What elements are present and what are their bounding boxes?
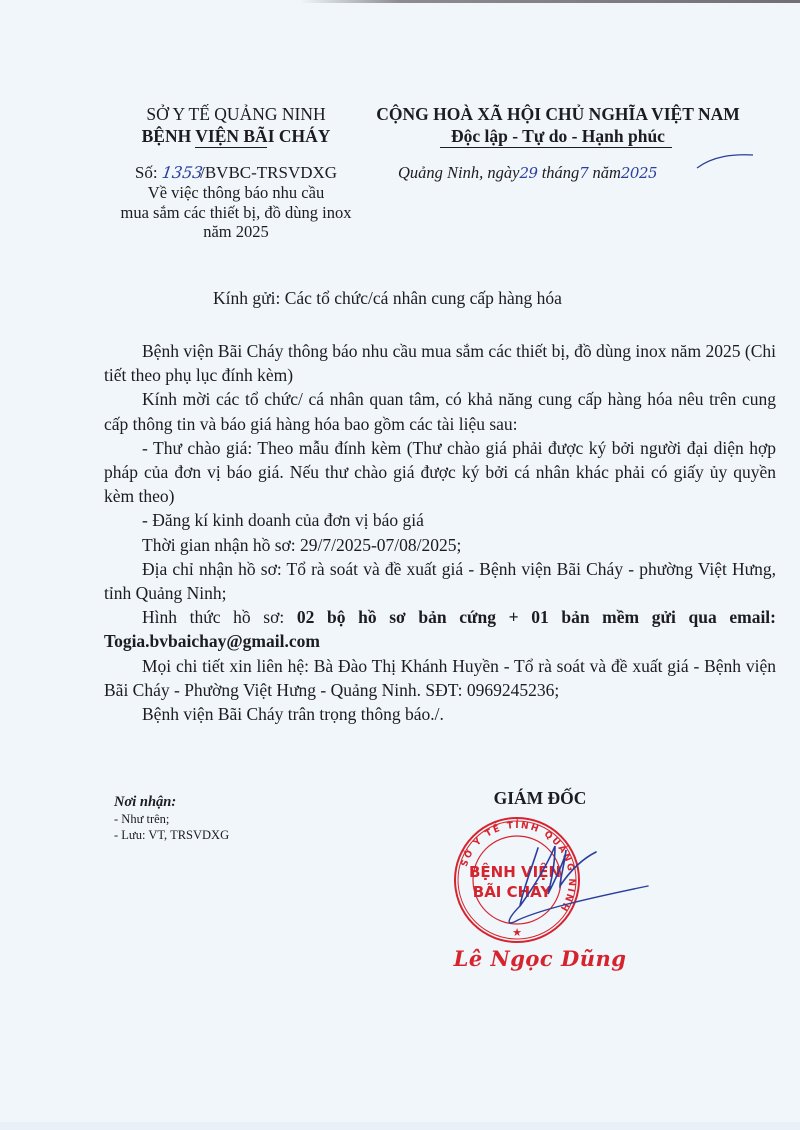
- hospital-name-text: BỆNH VIỆN BÃI CHÁY: [142, 126, 331, 146]
- hospital-name: BỆNH VIỆN BÃI CHÁY: [100, 125, 372, 147]
- date-line: Quảng Ninh, ngày29 tháng7 năm2025: [368, 162, 748, 184]
- paragraph-submission-address: Địa chỉ nhận hồ sơ: Tổ rà soát và đề xuấ…: [104, 557, 776, 605]
- scan-edge-bottom: [0, 1122, 800, 1130]
- subject-line-3: năm 2025: [100, 222, 372, 242]
- motto-underline: [440, 147, 672, 148]
- doc-number-suffix: /BVBC-TRSVDXG: [200, 163, 337, 182]
- national-header: CỘNG HOÀ XÃ HỘI CHỦ NGHĨA VIỆT NAM Độc l…: [368, 103, 748, 184]
- letter-body: Bệnh viện Bãi Cháy thông báo nhu cầu mua…: [104, 339, 776, 726]
- doc-number-label: Số:: [135, 163, 158, 182]
- paragraph-invitation: Kính mời các tổ chức/ cá nhân quan tâm, …: [104, 387, 776, 435]
- handwriting-flourish-icon: [695, 152, 755, 172]
- paragraph-quote-letter: - Thư chào giá: Theo mẫu đính kèm (Thư c…: [104, 436, 776, 509]
- paragraph-submission-period: Thời gian nhận hồ sơ: 29/7/2025-07/08/20…: [104, 533, 776, 557]
- paragraph-submission-format: Hình thức hồ sơ: 02 bộ hồ sơ bản cứng + …: [104, 605, 776, 653]
- ministry-name: SỞ Y TẾ QUẢNG NINH: [100, 103, 372, 125]
- date-day: 29: [519, 164, 537, 182]
- document-number: Số: 1353 /BVBC-TRSVDXG: [100, 162, 372, 183]
- signer-name: Lê Ngọc Dũng: [440, 946, 640, 971]
- issuer-header: SỞ Y TẾ QUẢNG NINH BỆNH VIỆN BÃI CHÁY Số…: [100, 103, 372, 242]
- subject-line-2: mua sắm các thiết bị, đồ dùng inox: [100, 203, 372, 223]
- signer-title: GIÁM ĐỐC: [470, 788, 610, 809]
- date-place: Quảng Ninh, ngày: [398, 163, 519, 182]
- subject-line-1: Về việc thông báo nhu cầu: [100, 183, 372, 203]
- recipients-block: Nơi nhận: - Như trên; - Lưu: VT, TRSVDXG: [114, 793, 344, 843]
- recipients-title: Nơi nhận:: [114, 793, 344, 811]
- date-year-label: năm: [592, 163, 620, 182]
- paragraph-contact: Mọi chi tiết xin liên hệ: Bà Đào Thị Khá…: [104, 654, 776, 702]
- date-year: 2025: [621, 164, 657, 182]
- recipient-line: - Lưu: VT, TRSVDXG: [114, 827, 344, 843]
- date-month-label: tháng: [542, 163, 580, 182]
- paragraph-business-registration: - Đăng kí kinh doanh của đơn vị báo giá: [104, 508, 776, 532]
- national-motto: Độc lập - Tự do - Hạnh phúc: [368, 125, 748, 147]
- motto-text: Độc lập - Tự do - Hạnh phúc: [451, 126, 665, 146]
- paragraph-announcement: Bệnh viện Bãi Cháy thông báo nhu cầu mua…: [104, 339, 776, 387]
- salutation-text: Kính gửi: Các tổ chức/cá nhân cung cấp h…: [213, 287, 562, 309]
- hospital-underline: [195, 147, 267, 148]
- paragraph-closing: Bệnh viện Bãi Cháy trân trọng thông báo.…: [104, 702, 776, 726]
- recipient-line: - Như trên;: [114, 811, 344, 827]
- scan-edge-top: [300, 0, 800, 3]
- doc-number-handwritten: 1353: [160, 162, 197, 183]
- handwritten-signature-icon: [500, 828, 650, 938]
- nation-name: CỘNG HOÀ XÃ HỘI CHỦ NGHĨA VIỆT NAM: [368, 103, 748, 125]
- format-label: Hình thức hồ sơ:: [142, 607, 297, 627]
- date-month: 7: [579, 164, 588, 182]
